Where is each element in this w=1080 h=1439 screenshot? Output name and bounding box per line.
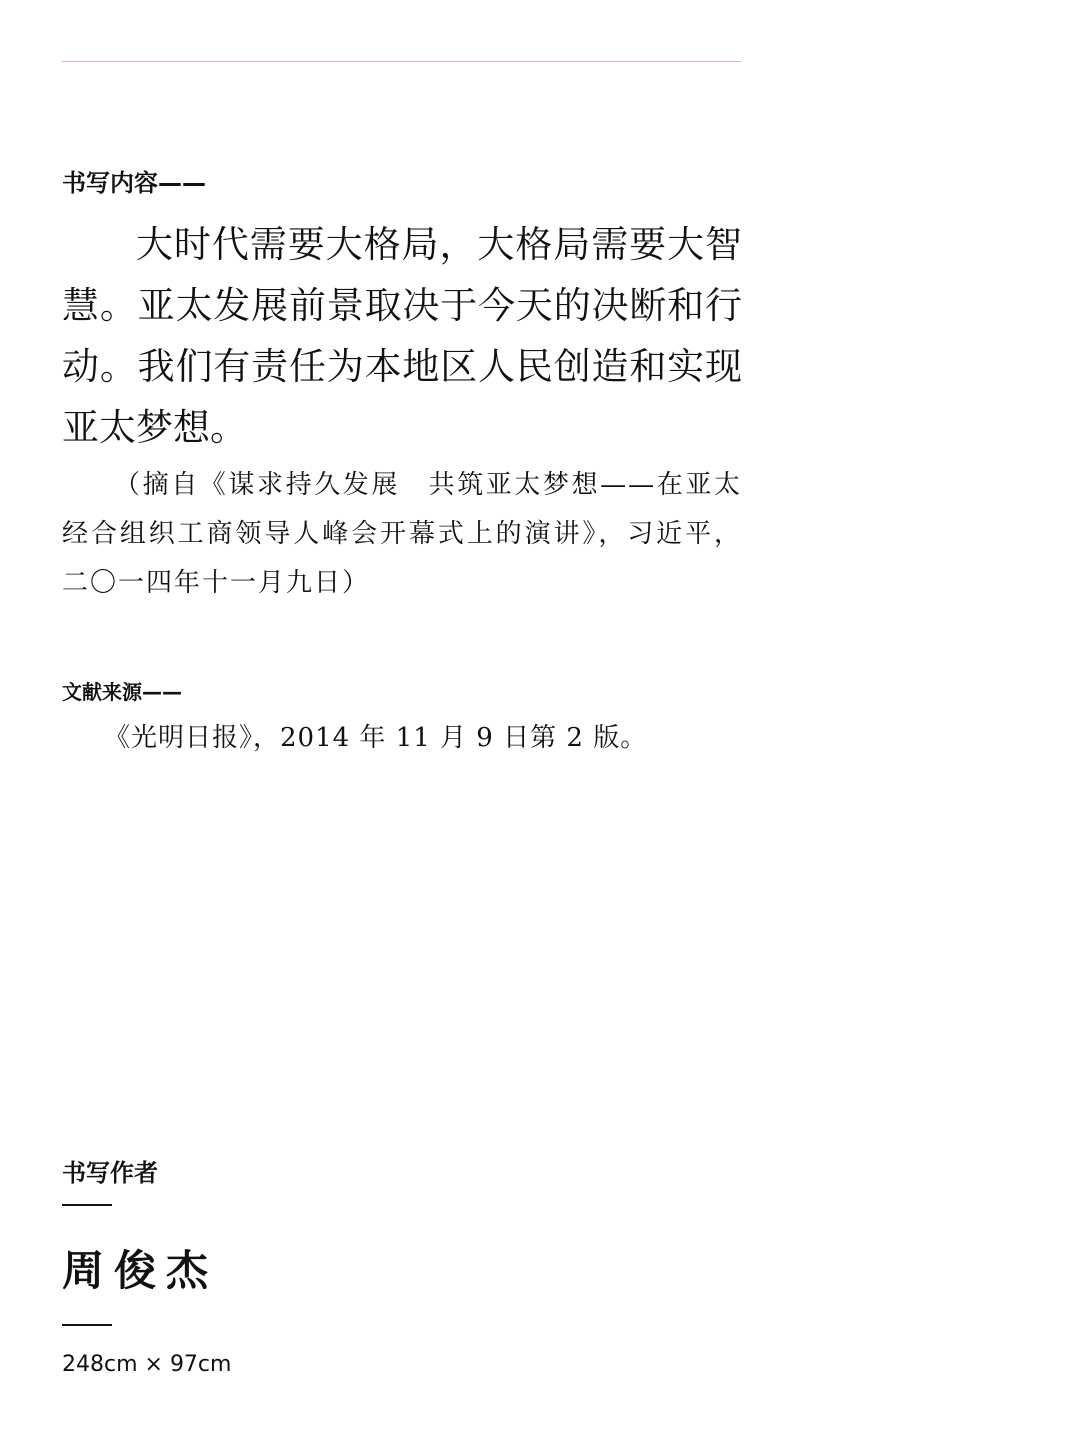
source-text: 《光明日报》，2014 年 11 月 9 日第 2 版。: [104, 718, 647, 758]
author-name: 周俊杰: [62, 1238, 218, 1298]
author-section-label: 书写作者: [62, 1153, 158, 1188]
quote-text: 大时代需要大格局，大格局需要大智慧。亚太发展前景取决于今天的决断和行动。我们有责…: [62, 214, 742, 458]
author-divider-bottom: [62, 1324, 112, 1326]
content-section-label: 书写内容——: [62, 163, 206, 198]
citation-text: （摘自《谋求持久发展 共筑亚太梦想——在亚太经合组织工商领导人峰会开幕式上的演讲…: [62, 461, 742, 608]
top-divider: [62, 61, 741, 62]
author-divider-top: [62, 1204, 112, 1206]
source-section-label: 文献来源——: [62, 676, 182, 705]
artwork-dimensions: 248cm × 97cm: [62, 1352, 231, 1377]
